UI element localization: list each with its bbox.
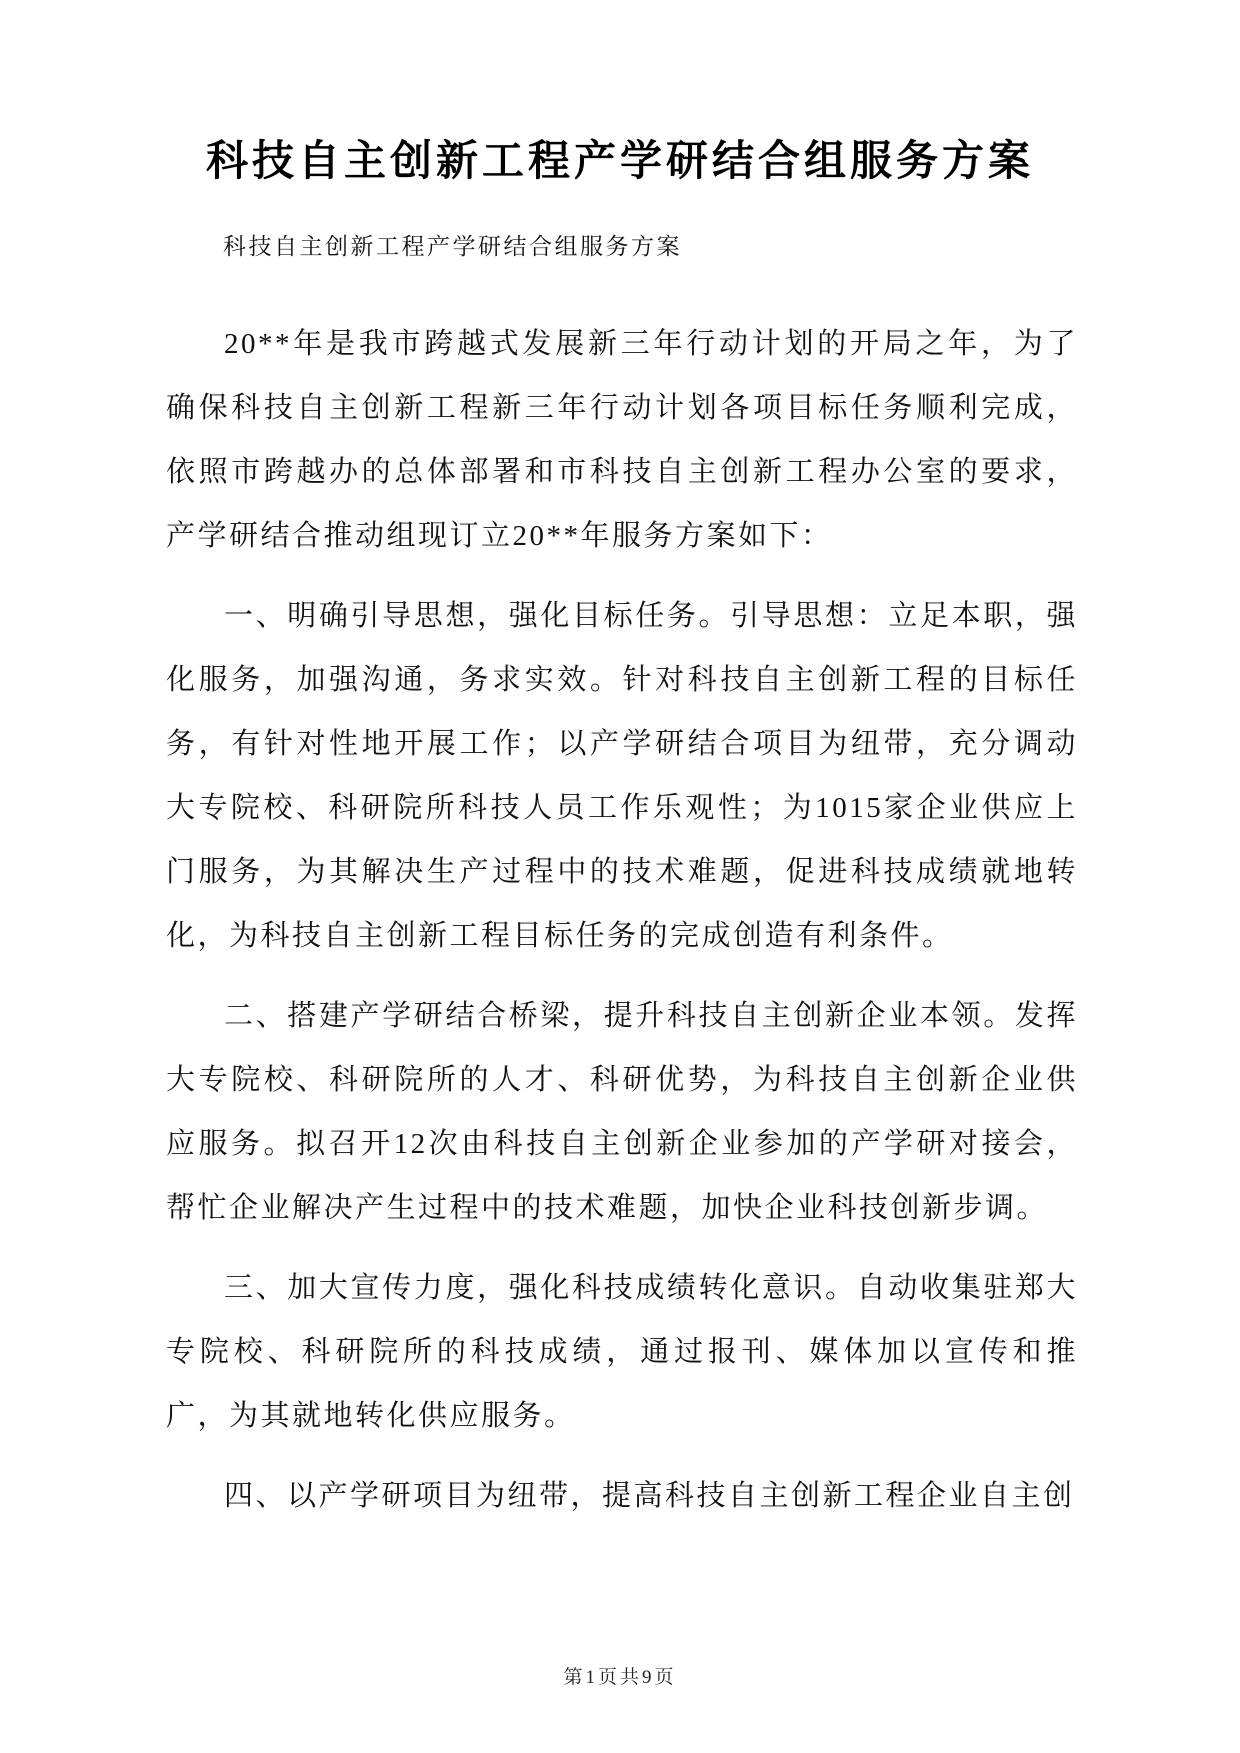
page-footer: 第1页共9页 [0,1662,1240,1689]
document-title: 科技自主创新工程产学研结合组服务方案 [0,0,1240,188]
paragraph-section-3: 三、加大宣传力度，强化科技成绩转化意识。自动收集驻郑大专院校、科研院所的科技成绩… [166,1256,1078,1448]
document-body: 20**年是我市跨越式发展新三年行动计划的开局之年，为了确保科技自主创新工程新三… [166,312,1078,1528]
document-page: 科技自主创新工程产学研结合组服务方案 科技自主创新工程产学研结合组服务方案 20… [0,0,1240,1753]
paragraph-section-2: 二、搭建产学研结合桥梁，提升科技自主创新企业本领。发挥大专院校、科研院所的人才、… [166,984,1078,1240]
paragraph-section-4: 四、以产学研项目为纽带，提高科技自主创新工程企业自主创 [166,1464,1078,1528]
paragraph-section-1: 一、明确引导思想，强化目标任务。引导思想：立足本职，强化服务，加强沟通，务求实效… [166,584,1078,968]
document-subtitle: 科技自主创新工程产学研结合组服务方案 [223,232,1078,262]
paragraph-intro: 20**年是我市跨越式发展新三年行动计划的开局之年，为了确保科技自主创新工程新三… [166,312,1078,568]
page-number: 第1页共9页 [563,1667,676,1688]
